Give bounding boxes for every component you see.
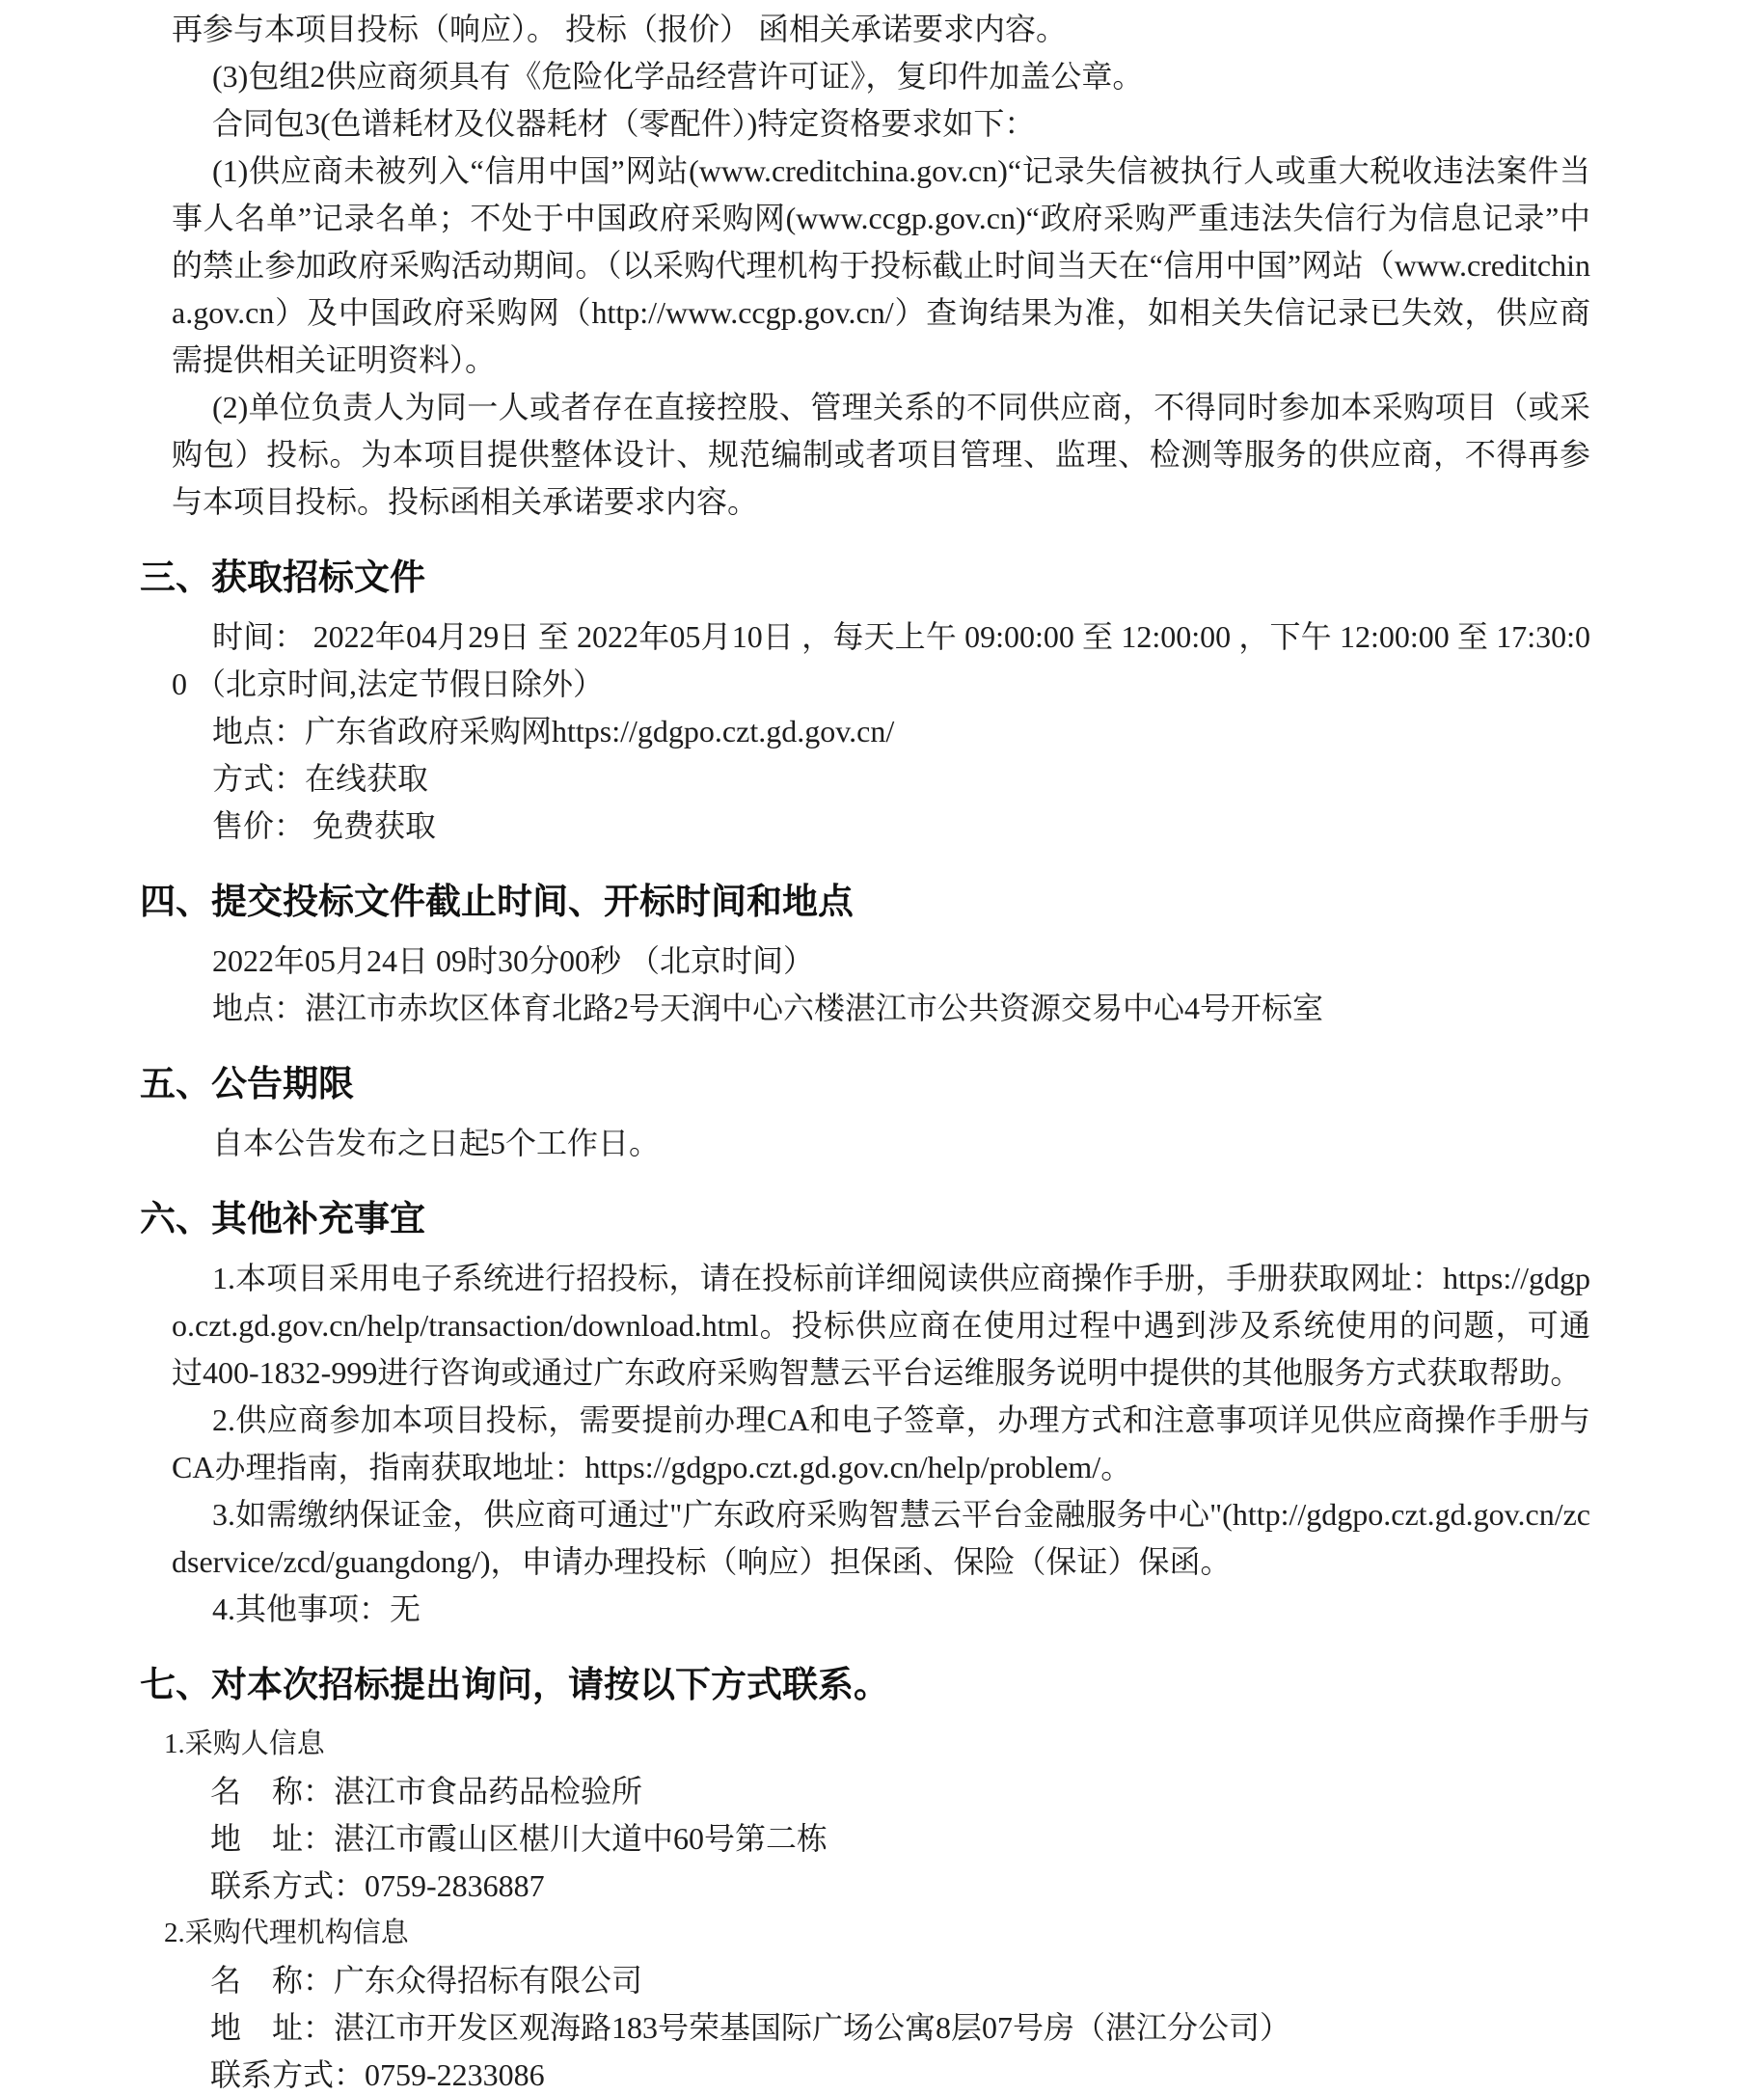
agency-contact: 联系方式：0759-2233086 <box>210 2052 1590 2095</box>
section6-item-electronic-system: 1.本项目采用电子系统进行招投标，请在投标前详细阅读供应商操作手册，手册获取网址… <box>172 1255 1590 1397</box>
section6-item-deposit: 3.如需缴纳保证金，供应商可通过"广东政府采购智慧云平台金融服务中心"(http… <box>172 1491 1590 1586</box>
intro-paragraph-continuation: 再参与本项目投标（响应）。 投标（报价） 函相关承诺要求内容。 <box>172 6 1590 53</box>
section3-method: 方式：在线获取 <box>172 755 1590 803</box>
section4-heading: 四、提交投标文件截止时间、开标时间和地点 <box>140 879 1590 926</box>
purchaser-info-label: 1.采购人信息 <box>164 1721 1590 1768</box>
purchaser-address: 地 址：湛江市霞山区椹川大道中60号第二栋 <box>210 1815 1590 1863</box>
purchaser-name: 名 称：湛江市食品药品检验所 <box>210 1768 1590 1815</box>
section4-location: 地点：湛江市赤坎区体育北路2号天润中心六楼湛江市公共资源交易中心4号开标室 <box>172 985 1590 1032</box>
tender-announcement-page: 再参与本项目投标（响应）。 投标（报价） 函相关承诺要求内容。 (3)包组2供应… <box>0 0 1764 2095</box>
intro-paragraph-same-person-rule: (2)单位负责人为同一人或者存在直接控股、管理关系的不同供应商，不得同时参加本采… <box>172 384 1590 526</box>
section5-body: 自本公告发布之日起5个工作日。 <box>172 1120 1590 1167</box>
agency-info-label: 2.采购代理机构信息 <box>164 1910 1590 1957</box>
purchaser-contact: 联系方式：0759-2836887 <box>210 1863 1590 1910</box>
agency-name: 名 称：广东众得招标有限公司 <box>210 1957 1590 2004</box>
section3-time: 时间： 2022年04月29日 至 2022年05月10日 ，每天上午 09:0… <box>172 613 1590 708</box>
section6-item-ca-signature: 2.供应商参加本项目投标，需要提前办理CA和电子签章，办理方式和注意事项详见供应… <box>172 1397 1590 1491</box>
section3-location: 地点：广东省政府采购网https://gdgpo.czt.gd.gov.cn/ <box>172 708 1590 755</box>
agency-address: 地 址：湛江市开发区观海路183号荣基国际广场公寓8层07号房（湛江分公司） <box>210 2004 1590 2052</box>
intro-paragraph-package2-requirement: (3)包组2供应商须具有《危险化学品经营许可证》，复印件加盖公章。 <box>172 53 1590 100</box>
section3-price: 售价： 免费获取 <box>172 803 1590 850</box>
section7-heading: 七、对本次招标提出询问，请按以下方式联系。 <box>140 1662 1590 1709</box>
intro-paragraph-credit-requirement: (1)供应商未被列入“信用中国”网站(www.creditchina.gov.c… <box>172 148 1590 384</box>
intro-paragraph-package3-title: 合同包3(色谱耗材及仪器耗材（零配件）)特定资格要求如下： <box>172 100 1590 148</box>
section4-deadline: 2022年05月24日 09时30分00秒 （北京时间） <box>172 938 1590 985</box>
section6-heading: 六、其他补充事宜 <box>140 1196 1590 1243</box>
section5-heading: 五、公告期限 <box>140 1061 1590 1108</box>
section3-heading: 三、获取招标文件 <box>140 555 1590 602</box>
section6-item-other: 4.其他事项：无 <box>172 1586 1590 1633</box>
